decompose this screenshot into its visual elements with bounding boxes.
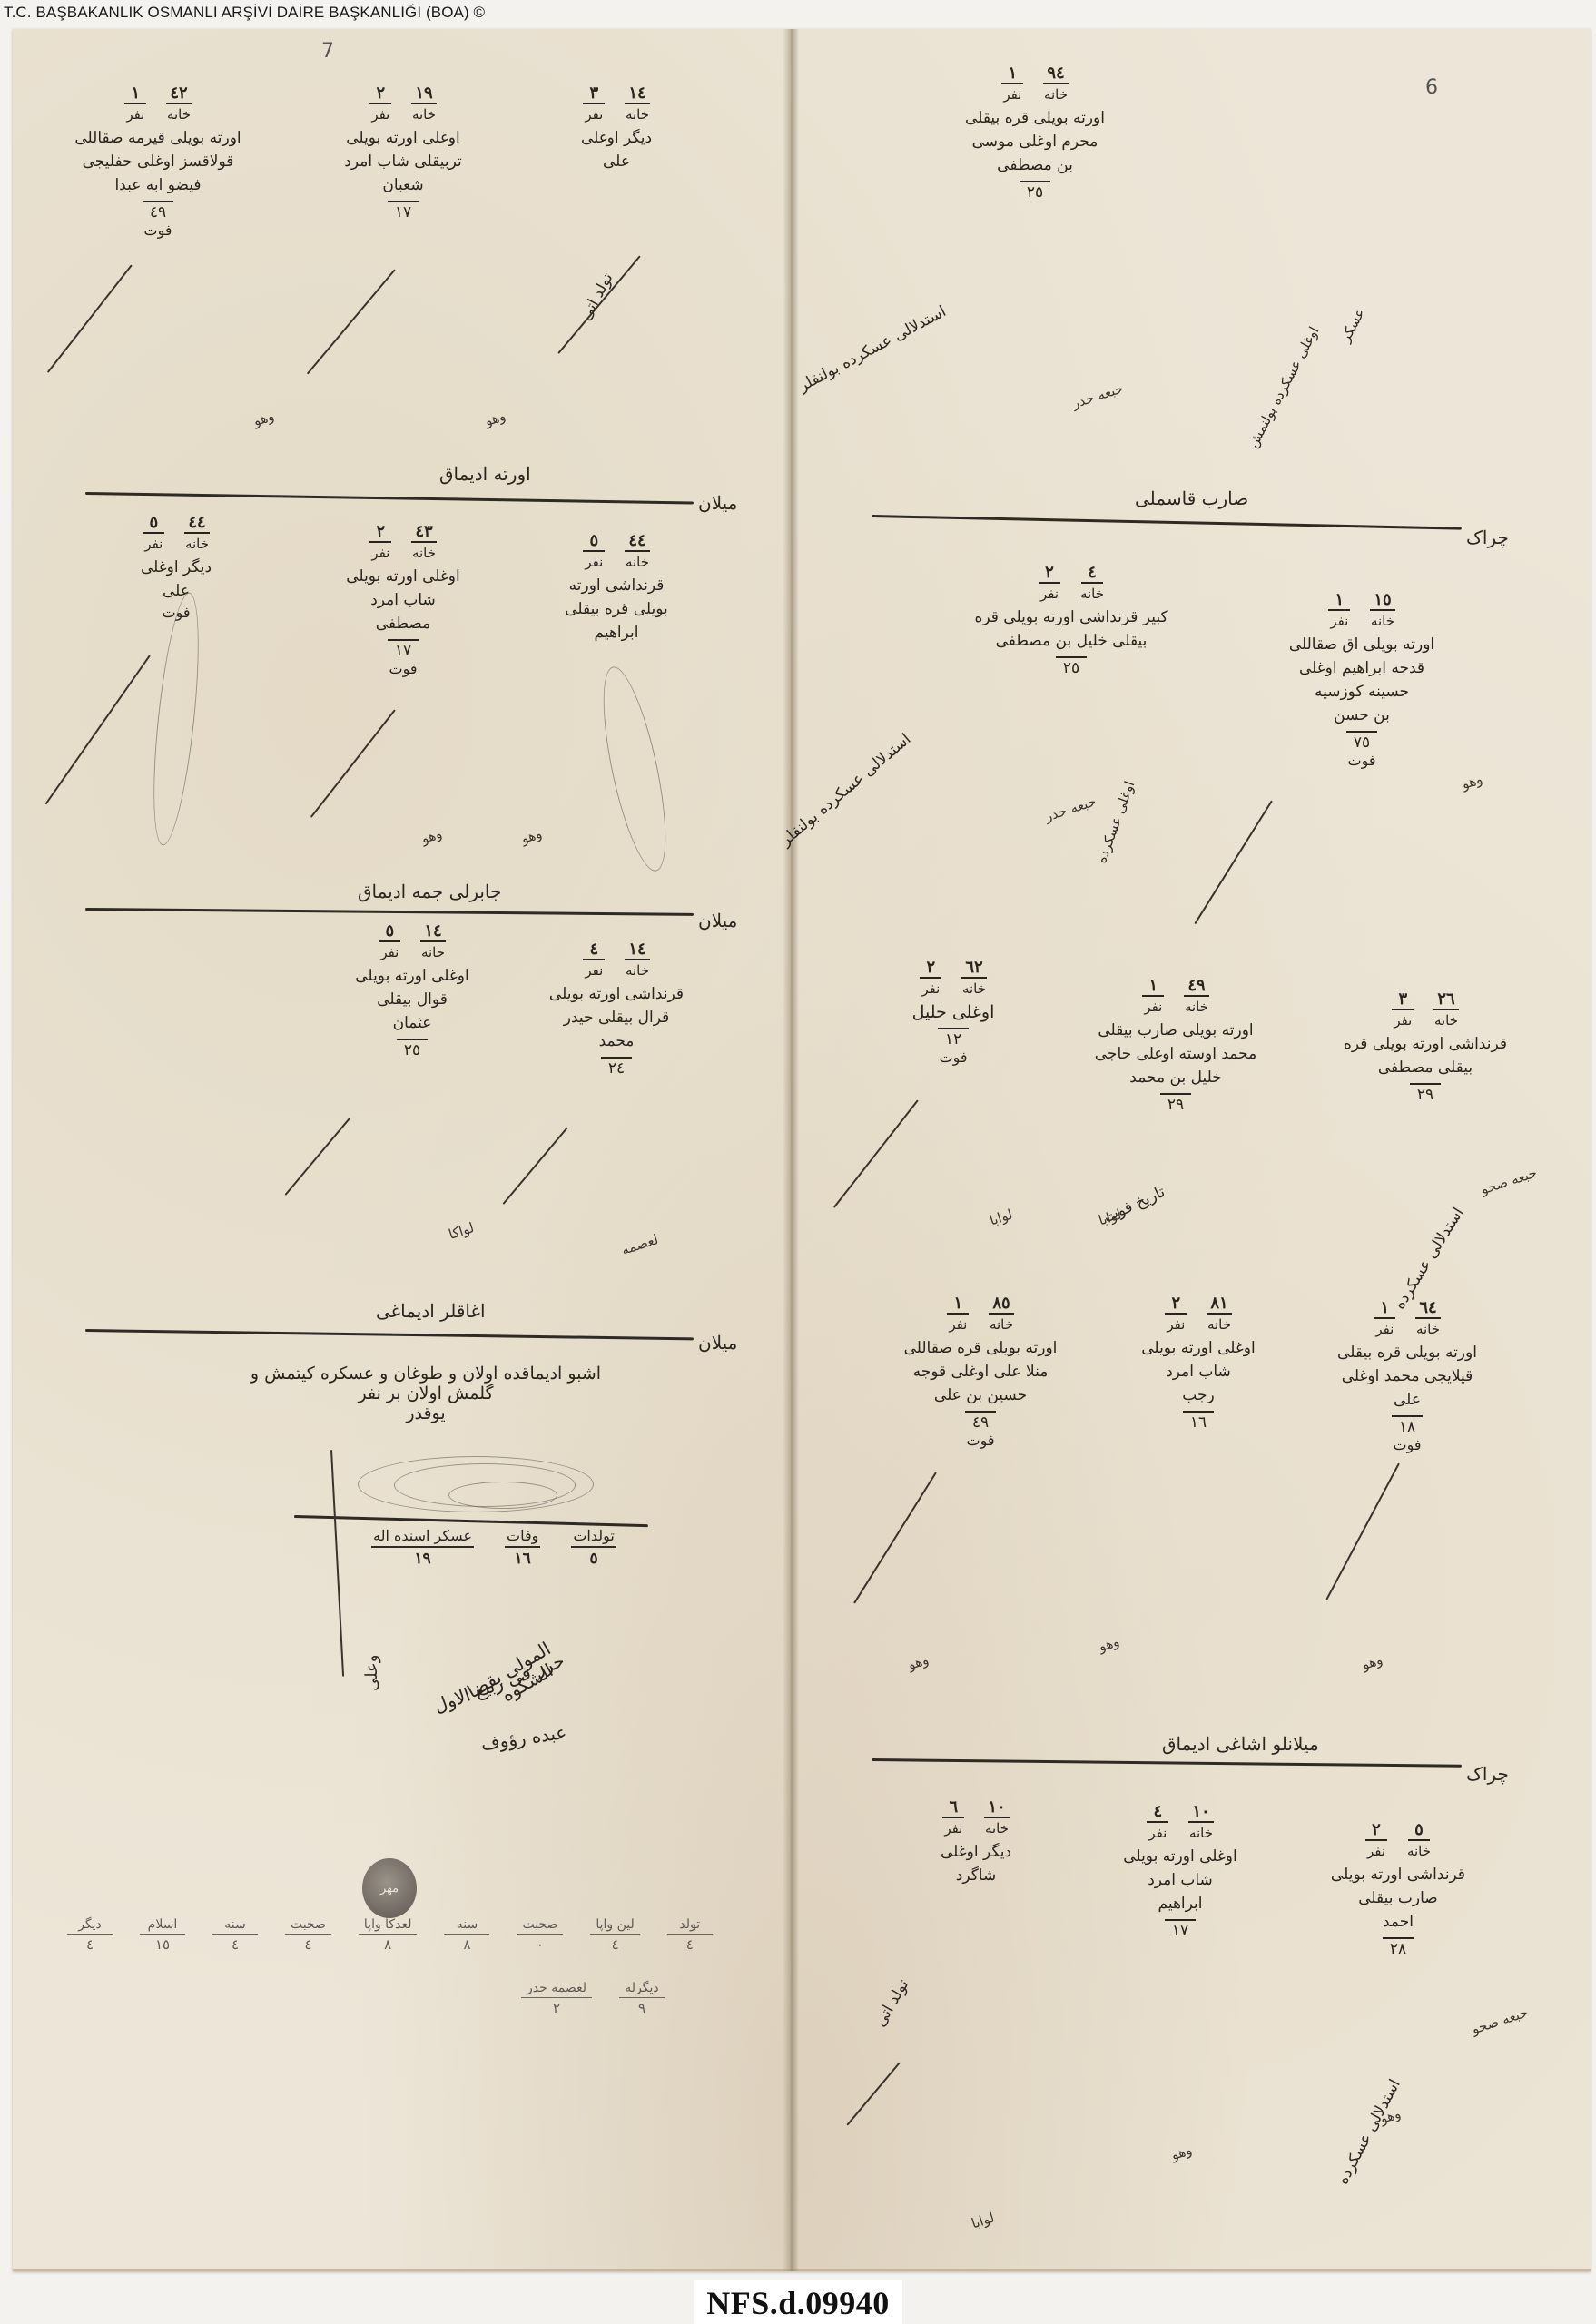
paraph-mark: وهو <box>519 825 544 847</box>
ink-stroke <box>833 1099 919 1207</box>
hane-count: ٤٤خانه <box>625 533 649 570</box>
section-label: میلان <box>698 1332 737 1354</box>
status-note: فوت <box>67 221 249 241</box>
section-label: چراک <box>1466 527 1509 548</box>
nefer-count: ٢نفر <box>369 524 391 561</box>
nefer-count: ٢نفر <box>1365 1822 1387 1859</box>
summary-deaths: وفات١٦ <box>505 1527 540 1568</box>
register-entry: ٦٢خانه ٢نفر اوغلی خلیل ١٢ فوت <box>881 960 1026 1068</box>
nefer-count: ٢نفر <box>369 85 391 123</box>
register-entry: ٩٤خانه ١نفر اورته بویلی قره بیقلی محرم ا… <box>917 65 1153 201</box>
nefer-count: ٤نفر <box>583 941 605 979</box>
paraph-mark: وهو <box>1360 1651 1384 1673</box>
status-note: استدلالی عسکرده <box>1334 2076 1404 2187</box>
marginal-note: عسکر <box>1337 306 1368 345</box>
paraph-mark: حبعه حدر <box>1043 793 1098 824</box>
ink-stroke <box>44 655 150 804</box>
section-label: میلان <box>698 492 737 514</box>
folio-number-right: 6 <box>1425 76 1438 99</box>
nefer-count: ١نفر <box>1001 65 1023 103</box>
pencil-tally-secondary: دیگرله٩ لعصمه حدر٢ <box>521 1981 665 2016</box>
paraph-mark: وهو <box>483 408 507 429</box>
ink-stroke <box>47 264 133 372</box>
section-header: اغاقلر ادیماغی <box>376 1300 486 1322</box>
hane-count: ٤٩خانه <box>1184 978 1208 1015</box>
paraph-mark: لعصمه <box>619 1231 660 1258</box>
center-fold <box>783 29 799 2271</box>
ink-stroke <box>1194 800 1272 924</box>
hane-count: ١٤خانه <box>625 85 649 123</box>
archive-watermark: T.C. BAŞBAKANLIK OSMANLI ARŞİVİ DAİRE BA… <box>4 2 485 27</box>
hane-count: ٨١خانه <box>1207 1295 1231 1333</box>
section-label: میلان <box>698 910 737 931</box>
nefer-count: ١نفر <box>124 85 146 123</box>
section-header: اورته ادیماق <box>439 463 531 485</box>
hane-count: ٨٥خانه <box>989 1295 1013 1333</box>
marginal-note: اوغلی عسکرده <box>1093 779 1138 865</box>
paraph-mark: حبعه حدر <box>1070 379 1126 411</box>
marginal-pencil-note: حبعه صحو <box>1479 1165 1539 1198</box>
register-entry: ٤٣خانه ٢نفر اوغلی اورته بویلی شاب امرد م… <box>321 524 485 679</box>
folio-number-left: 7 <box>321 40 334 63</box>
nefer-count: ٢نفر <box>920 960 941 997</box>
age: ٤٩ <box>143 201 173 221</box>
hane-count: ١٤خانه <box>625 941 649 979</box>
left-folio: 7 ٤٢خانه ١نفر اورته بویلی قیرمه صقاللی ق… <box>13 29 784 2271</box>
status-note: تولد اتی <box>576 270 616 323</box>
pencil-strikeout <box>144 591 207 848</box>
nefer-count: ٦نفر <box>942 1799 964 1837</box>
hane-count: ٦٤خانه <box>1415 1300 1440 1337</box>
section-note: اشبو ادیماقده اولان و طوغان و عسکره کیتم… <box>231 1364 621 1423</box>
summary-rule <box>294 1515 648 1527</box>
paraph-mark: وهو <box>906 1651 931 1673</box>
register-entry: ٤٤خانه ٥نفر دیگر اوغلی علی فوت <box>113 515 240 623</box>
section-divider <box>85 908 694 916</box>
section-divider <box>872 515 1462 530</box>
register-entry: ١٤خانه ٤نفر قرنداشی اورته بویلی قرال بیق… <box>530 941 703 1077</box>
register-entry: ١٠خانه ٦نفر دیگر اوغلی شاگرد <box>908 1799 1044 1887</box>
nefer-count: ١نفر <box>1142 978 1164 1015</box>
section-header: میلانلو اشاغی ادیماق <box>1162 1733 1319 1755</box>
nefer-count: ٣نفر <box>583 85 605 123</box>
paraph-mark: وهو <box>1460 771 1484 793</box>
marginal-note: اوغلی عسکرده بولنمش <box>1245 324 1323 451</box>
hane-count: ٦٢خانه <box>961 960 986 997</box>
section-divider <box>85 1329 694 1340</box>
ink-stroke <box>307 269 396 374</box>
vertical-rule <box>330 1450 344 1677</box>
paraph-mark: لوابا <box>988 1206 1015 1229</box>
nefer-count: ١نفر <box>1374 1300 1395 1337</box>
nefer-count: ٢نفر <box>1165 1295 1187 1333</box>
hane-count: ١٩خانه <box>411 85 436 123</box>
hane-count: ٤٤خانه <box>184 515 209 552</box>
summary-births: تولدات٥ <box>571 1527 616 1568</box>
nefer-count: ٥نفر <box>583 533 605 570</box>
register-entry: ١٤خانه ٣نفر دیگر اوغلی علی <box>548 85 685 173</box>
paraph-mark: لواکا <box>447 1219 476 1243</box>
ink-stroke <box>853 1472 937 1603</box>
register-entry: ٥خانه ٢نفر قرنداشی اورته بویلی صارب بیقل… <box>1307 1822 1489 1957</box>
register-entry: ٤خانه ٢نفر کبیر قرنداشی اورته بویلی قره … <box>944 565 1198 676</box>
register-entry: ٤٤خانه ٥نفر قرنداشی اورته بویلی قره بیقل… <box>539 533 694 645</box>
register-entry: ٨١خانه ٢نفر اوغلی اورته بویلی شاب امرد ر… <box>1108 1295 1289 1431</box>
hane-count: ١٠خانه <box>984 1799 1009 1837</box>
register-entry: ٢٦خانه ٣نفر قرنداشی اورته بویلی قره بیقل… <box>1325 991 1525 1103</box>
right-folio: 6 ٩٤خانه ١نفر اورته بویلی قره بیقلی محرم… <box>799 29 1578 2271</box>
paraph-mark: وهو <box>1169 2142 1194 2163</box>
ink-stroke <box>285 1118 350 1196</box>
status-note: استدلالی عسکرده بولنقلر <box>795 302 949 396</box>
register-entry: ١٩خانه ٢نفر اوغلی اورته بویلی تربیقلی شا… <box>312 85 494 221</box>
summary-military: عسکر اسنده اله١٩ <box>371 1527 474 1568</box>
ink-stroke <box>846 2062 900 2125</box>
register-entry: ١٥خانه ١نفر اورته بویلی اق صقاللی قدجه ا… <box>1271 592 1453 771</box>
section-divider <box>85 492 694 505</box>
archive-call-number: NFS.d.09940 <box>0 2280 1596 2324</box>
ink-stroke <box>503 1127 568 1205</box>
summary-totals: تولدات٥ وفات١٦ عسکر اسنده اله١٩ <box>371 1527 616 1568</box>
register-entry: ٤٢خانه ١نفر اورته بویلی قیرمه صقاللی قول… <box>67 85 249 241</box>
paraph-mark: وهو <box>1097 1633 1121 1655</box>
nefer-count: ٥نفر <box>143 515 164 552</box>
nefer-count: ٣نفر <box>1392 991 1414 1029</box>
ink-stroke <box>557 255 641 354</box>
hane-count: ١٥خانه <box>1370 592 1394 629</box>
pencil-loop <box>448 1482 557 1509</box>
nefer-count: ٤نفر <box>1147 1804 1168 1841</box>
marginal-pencil-note: حبعه صحو <box>1470 2004 1530 2038</box>
paraph-mark: لوابا <box>970 2210 997 2232</box>
age: ١٧ <box>388 201 419 221</box>
signature-block: حرر فی ربیع الاول عبده رؤوف المولی بقضا … <box>303 1672 567 1741</box>
section-header: صارب قاسملی <box>1135 487 1248 509</box>
register-entry: ١٠خانه ٤نفر اوغلی اورته بویلی شاب امرد ا… <box>1089 1804 1271 1939</box>
nefer-count: ٥نفر <box>379 923 400 960</box>
hane-count: ٤٣خانه <box>411 524 436 561</box>
nefer-count: ٢نفر <box>1039 565 1060 602</box>
register-entry: ٨٥خانه ١نفر اورته بویلی قره صقاللی منلا … <box>881 1295 1080 1451</box>
hane-count: ١٤خانه <box>420 923 445 960</box>
hane-count: ٤٢خانه <box>166 85 191 123</box>
register-entry: ٦٤خانه ١نفر اورته بویلی قره بیقلی قیلایج… <box>1307 1300 1507 1455</box>
official-seal: مهر <box>362 1858 417 1918</box>
section-label: چراک <box>1466 1763 1509 1785</box>
hane-count: ١٠خانه <box>1188 1804 1213 1841</box>
paraph-mark: وهو <box>419 825 444 847</box>
hane-count: ٥خانه <box>1407 1822 1431 1859</box>
status-note: تولد اتی <box>872 1976 913 2030</box>
pencil-tally: تولد٤ لین واپا٤ صحبت٠ سنه٨ لعدکا واپا٨ ص… <box>67 1917 713 1953</box>
nefer-count: ١نفر <box>1328 592 1350 629</box>
section-header: جابرلی جمه ادیماق <box>358 881 501 902</box>
hane-count: ٤خانه <box>1080 565 1104 602</box>
paraph-mark: وهو <box>251 408 276 429</box>
ink-stroke <box>310 709 396 817</box>
hane-count: ٩٤خانه <box>1043 65 1068 103</box>
register-entry: ٤٩خانه ١نفر اورته بویلی صارب بیقلی محمد … <box>1071 978 1280 1113</box>
register-entry: ١٤خانه ٥نفر اوغلی اورته بویلی قوال بیقلی… <box>330 923 494 1059</box>
nefer-count: ١نفر <box>947 1295 969 1333</box>
ink-stroke <box>1325 1463 1400 1600</box>
status-note: استدلالی عسکرده <box>1391 1205 1468 1313</box>
pencil-strikeout <box>591 662 679 875</box>
hane-count: ٢٦خانه <box>1433 991 1458 1029</box>
section-divider <box>872 1758 1462 1768</box>
